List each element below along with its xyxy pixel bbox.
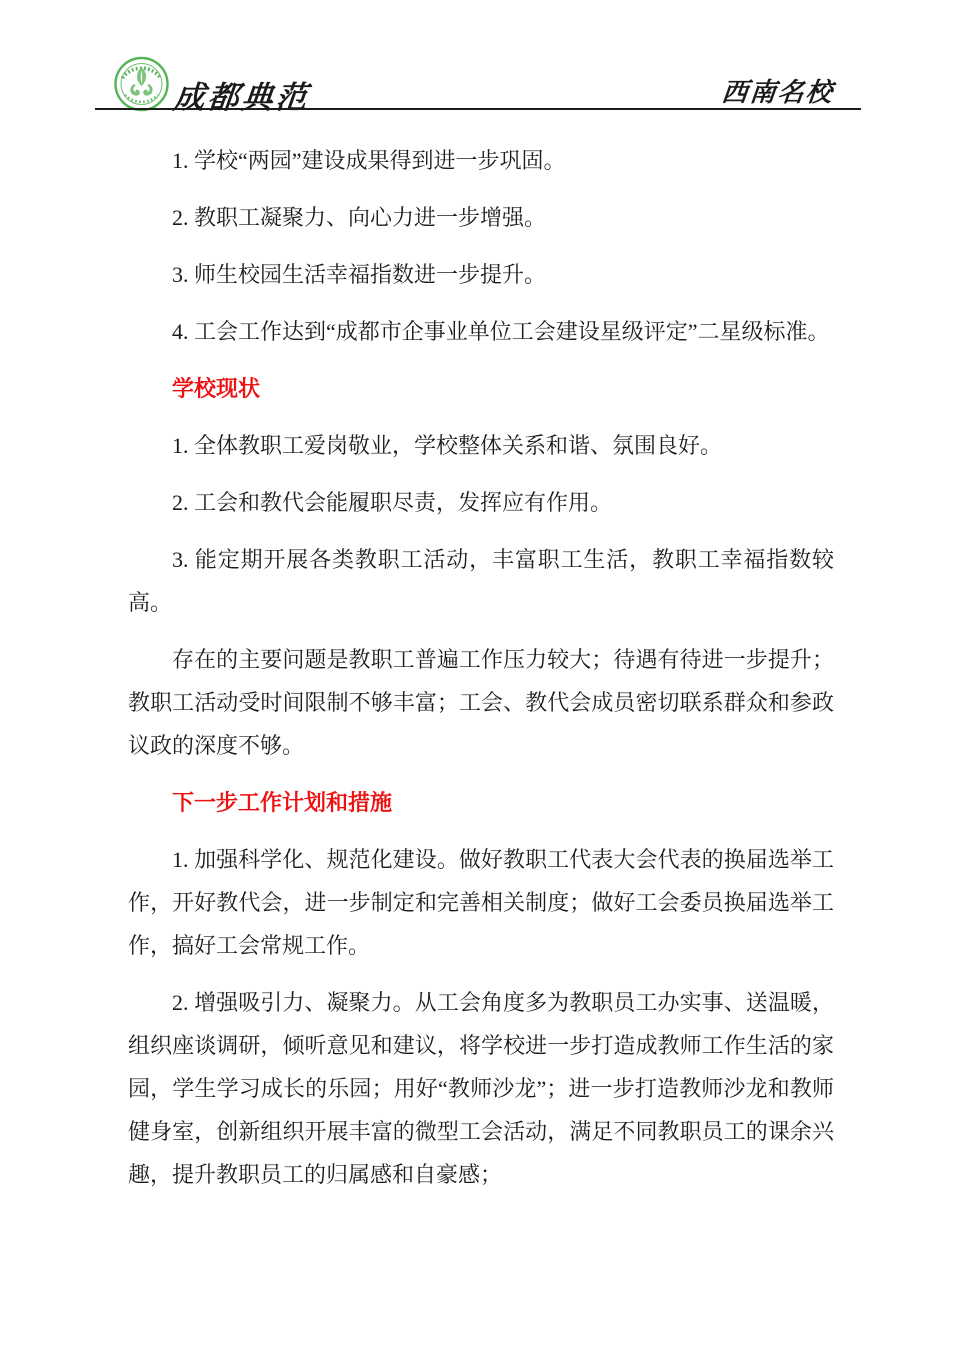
header-divider bbox=[95, 108, 861, 110]
achievement-item-1: 1. 学校“两园”建设成果得到进一步巩固。 bbox=[128, 139, 834, 182]
status-item-1: 1. 全体教职工爱岗敬业，学校整体关系和谐、氛围良好。 bbox=[128, 424, 834, 467]
brand-calligraphy-right: 西南名校 bbox=[720, 72, 836, 109]
problems-paragraph: 存在的主要问题是教职工普遍工作压力较大；待遇有待进一步提升；教职工活动受时间限制… bbox=[128, 638, 834, 767]
school-logo-icon bbox=[113, 54, 170, 115]
status-item-3: 3. 能定期开展各类教职工活动，丰富职工生活，教职工幸福指数较高。 bbox=[128, 538, 834, 624]
achievement-item-4: 4. 工会工作达到“成都市企事业单位工会建设星级评定”二星级标准。 bbox=[128, 310, 834, 353]
achievement-item-3: 3. 师生校园生活幸福指数进一步提升。 bbox=[128, 253, 834, 296]
section-heading-next-steps: 下一步工作计划和措施 bbox=[128, 781, 834, 824]
letterhead: 成都典范 西南名校 bbox=[0, 0, 960, 115]
plan-item-1: 1. 加强科学化、规范化建设。做好教职工代表大会代表的换届选举工作，开好教代会，… bbox=[128, 838, 834, 967]
status-item-2: 2. 工会和教代会能履职尽责，发挥应有作用。 bbox=[128, 481, 834, 524]
document-page: 成都典范 西南名校 1. 学校“两园”建设成果得到进一步巩固。 2. 教职工凝聚… bbox=[0, 0, 960, 1357]
brand-calligraphy-left: 成都典范 bbox=[172, 72, 313, 117]
plan-item-2: 2. 增强吸引力、凝聚力。从工会角度多为教职员工办实事、送温暖，组织座谈调研，倾… bbox=[128, 981, 834, 1196]
achievement-item-2: 2. 教职工凝聚力、向心力进一步增强。 bbox=[128, 196, 834, 239]
section-heading-school-status: 学校现状 bbox=[128, 367, 834, 410]
document-body: 1. 学校“两园”建设成果得到进一步巩固。 2. 教职工凝聚力、向心力进一步增强… bbox=[128, 139, 834, 1210]
